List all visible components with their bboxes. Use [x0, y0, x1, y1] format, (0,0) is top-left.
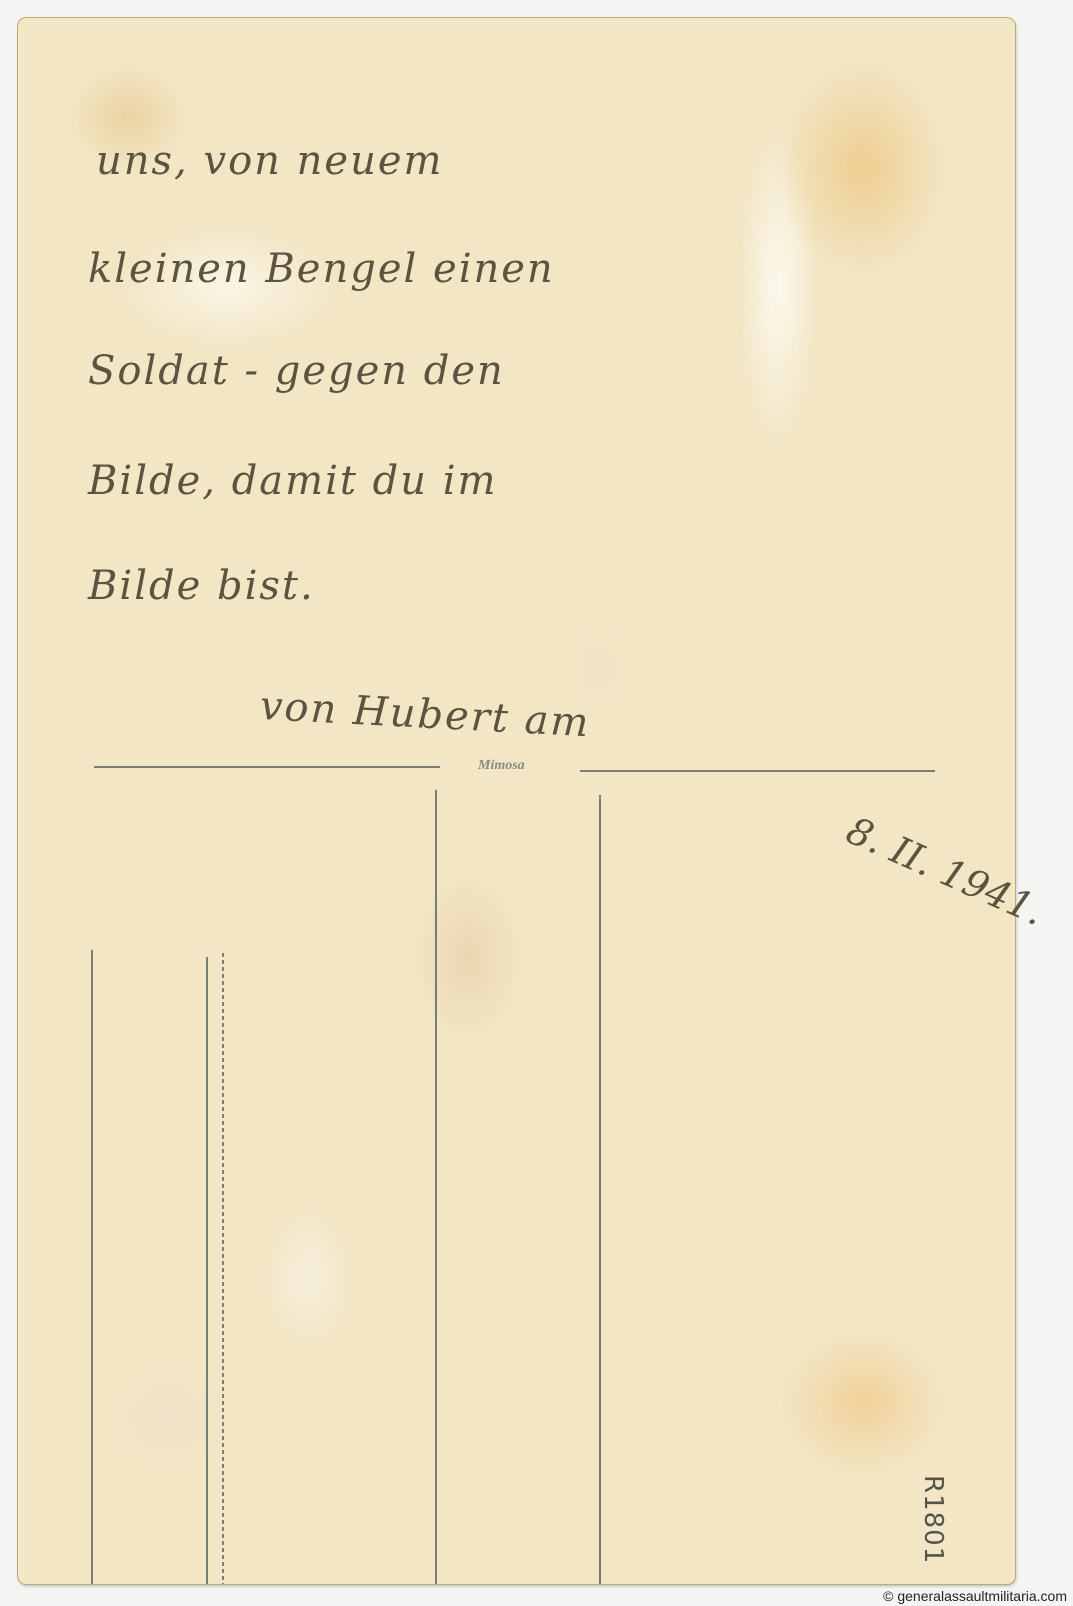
message-line-3: Soldat - gegen den — [88, 348, 505, 394]
message-line-1: uns, von neuem — [96, 138, 443, 184]
archive-number: R1801 — [918, 1475, 948, 1564]
address-line-1 — [435, 790, 437, 1584]
signature: von Hubert am — [259, 683, 592, 746]
postcard-back: uns, von neuem kleinen Bengel einen Sold… — [18, 18, 1015, 1584]
message-line-4: Bilde, damit du im — [88, 458, 497, 504]
message-line-2: kleinen Bengel einen — [88, 246, 555, 292]
watermark: © generalassaultmilitaria.com — [881, 1588, 1069, 1604]
brand-label: Mimosa — [478, 758, 525, 774]
date: 8. II. 1941. — [840, 808, 1051, 934]
stamp-line-dotted — [222, 953, 224, 1584]
stamp-line-2 — [206, 957, 208, 1584]
address-divider-right — [580, 770, 935, 772]
address-divider-left — [94, 766, 440, 768]
message-line-5: Bilde bist. — [88, 563, 315, 609]
address-line-2 — [599, 795, 601, 1584]
stamp-line-1 — [91, 950, 93, 1584]
